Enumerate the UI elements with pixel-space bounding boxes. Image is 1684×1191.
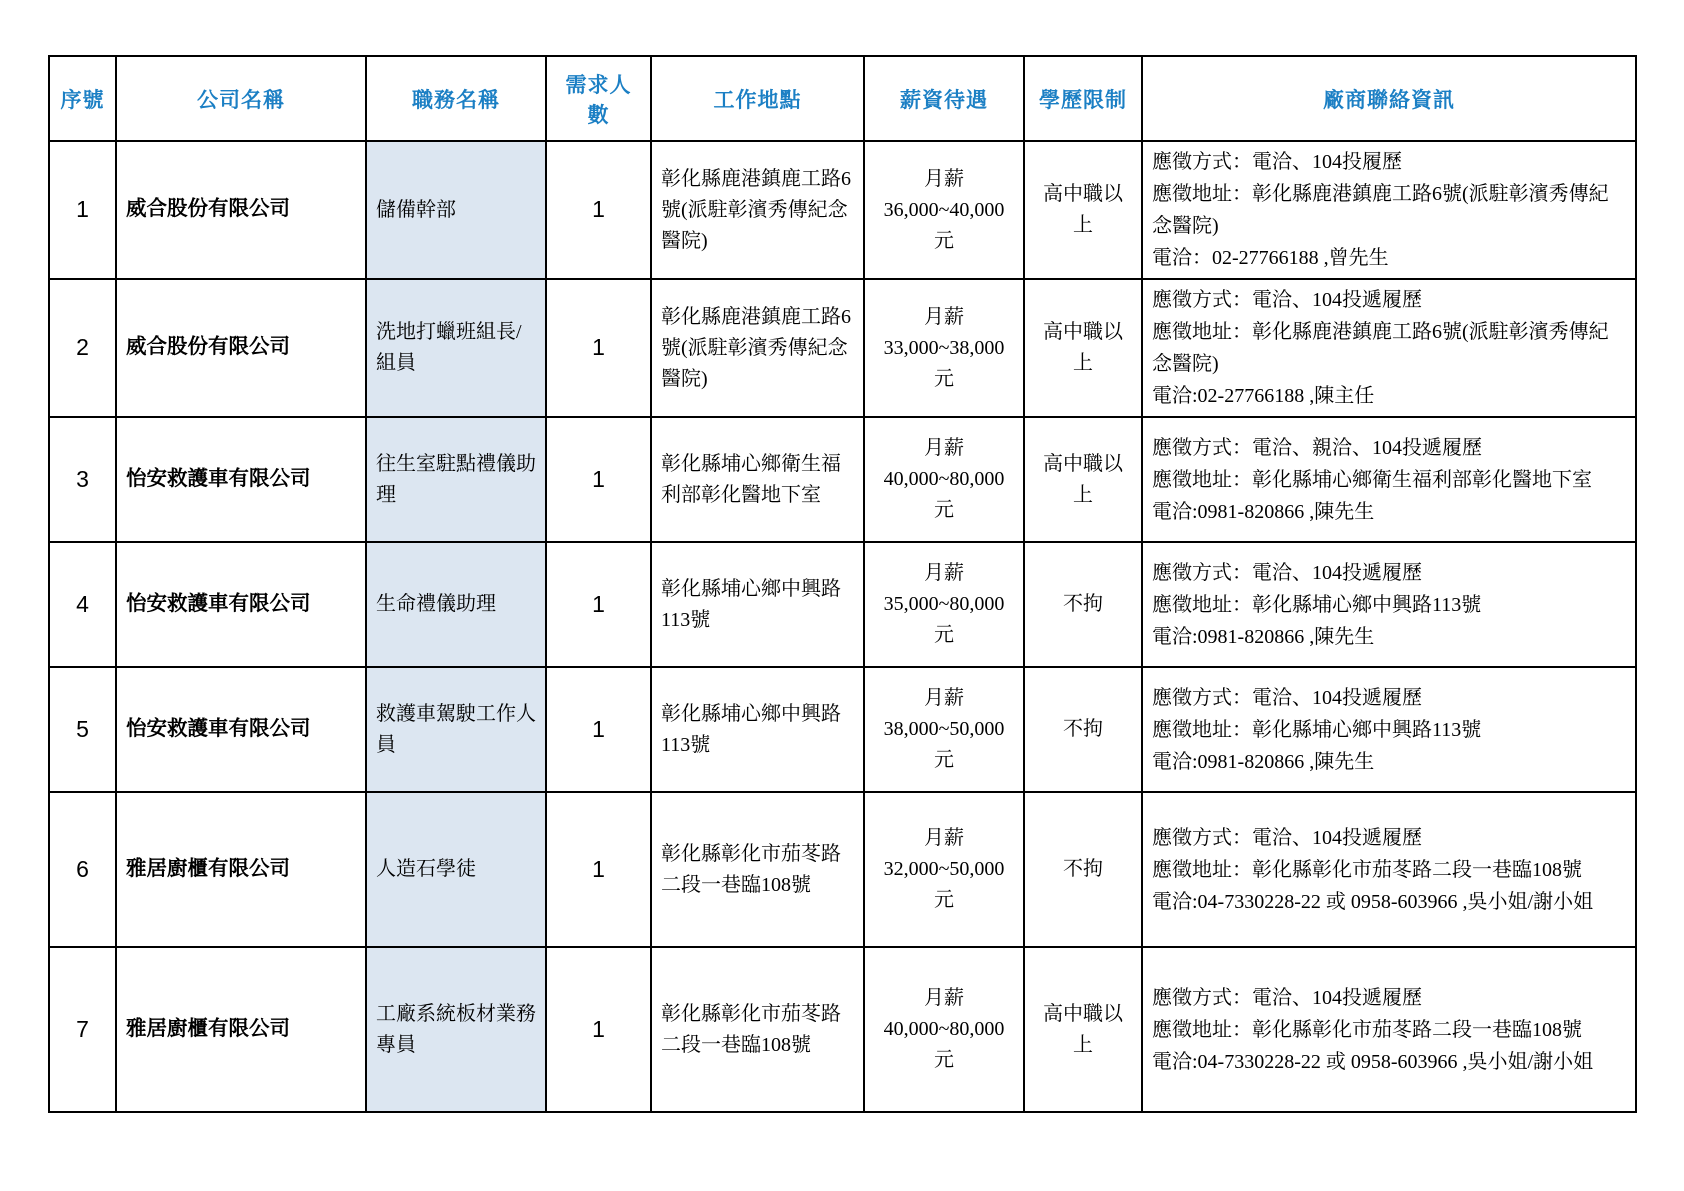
cell-headcount: 1 bbox=[546, 417, 651, 542]
header-contact: 廠商聯絡資訊 bbox=[1142, 56, 1636, 141]
cell-education: 不拘 bbox=[1024, 667, 1142, 792]
cell-company: 威合股份有限公司 bbox=[116, 279, 366, 417]
cell-no: 6 bbox=[49, 792, 116, 947]
cell-no: 5 bbox=[49, 667, 116, 792]
cell-education: 不拘 bbox=[1024, 792, 1142, 947]
cell-salary: 月薪 32,000~50,000 元 bbox=[864, 792, 1024, 947]
cell-headcount: 1 bbox=[546, 141, 651, 279]
cell-headcount: 1 bbox=[546, 947, 651, 1112]
cell-company: 雅居廚櫃有限公司 bbox=[116, 792, 366, 947]
cell-no: 7 bbox=[49, 947, 116, 1112]
document-page: 序號 公司名稱 職務名稱 需求人數 工作地點 薪資待遇 學歷限制 廠商聯絡資訊 … bbox=[48, 55, 1637, 1113]
cell-location: 彰化縣鹿港鎮鹿工路6號(派駐彰濱秀傳紀念醫院) bbox=[651, 141, 864, 279]
cell-education: 不拘 bbox=[1024, 542, 1142, 667]
cell-headcount: 1 bbox=[546, 279, 651, 417]
cell-education: 高中職以上 bbox=[1024, 141, 1142, 279]
cell-job-title: 儲備幹部 bbox=[366, 141, 546, 279]
cell-salary: 月薪 40,000~80,000 元 bbox=[864, 417, 1024, 542]
cell-company: 威合股份有限公司 bbox=[116, 141, 366, 279]
cell-location: 彰化縣埔心鄉中興路113號 bbox=[651, 667, 864, 792]
cell-contact: 應徵方式：電洽、104投履歷 應徵地址：彰化縣鹿港鎮鹿工路6號(派駐彰濱秀傳紀念… bbox=[1142, 141, 1636, 279]
cell-company: 怡安救護車有限公司 bbox=[116, 542, 366, 667]
table-row: 1 威合股份有限公司 儲備幹部 1 彰化縣鹿港鎮鹿工路6號(派駐彰濱秀傳紀念醫院… bbox=[49, 141, 1636, 279]
cell-contact: 應徵方式：電洽、104投遞履歷 應徵地址：彰化縣彰化市茄苳路二段一巷臨108號 … bbox=[1142, 947, 1636, 1112]
cell-salary: 月薪 35,000~80,000 元 bbox=[864, 542, 1024, 667]
cell-education: 高中職以上 bbox=[1024, 947, 1142, 1112]
cell-headcount: 1 bbox=[546, 792, 651, 947]
cell-location: 彰化縣鹿港鎮鹿工路6號(派駐彰濱秀傳紀念醫院) bbox=[651, 279, 864, 417]
header-education: 學歷限制 bbox=[1024, 56, 1142, 141]
cell-education: 高中職以上 bbox=[1024, 417, 1142, 542]
job-listings-table: 序號 公司名稱 職務名稱 需求人數 工作地點 薪資待遇 學歷限制 廠商聯絡資訊 … bbox=[48, 55, 1637, 1113]
cell-location: 彰化縣埔心鄉中興路113號 bbox=[651, 542, 864, 667]
cell-contact: 應徵方式：電洽、親洽、104投遞履歷 應徵地址：彰化縣埔心鄉衛生福利部彰化醫地下… bbox=[1142, 417, 1636, 542]
table-body: 1 威合股份有限公司 儲備幹部 1 彰化縣鹿港鎮鹿工路6號(派駐彰濱秀傳紀念醫院… bbox=[49, 141, 1636, 1112]
cell-contact: 應徵方式：電洽、104投遞履歷 應徵地址：彰化縣彰化市茄苳路二段一巷臨108號 … bbox=[1142, 792, 1636, 947]
header-headcount: 需求人數 bbox=[546, 56, 651, 141]
table-row: 7 雅居廚櫃有限公司 工廠系統板材業務專員 1 彰化縣彰化市茄苳路二段一巷臨10… bbox=[49, 947, 1636, 1112]
cell-salary: 月薪 33,000~38,000 元 bbox=[864, 279, 1024, 417]
cell-job-title: 救護車駕駛工作人員 bbox=[366, 667, 546, 792]
cell-headcount: 1 bbox=[546, 542, 651, 667]
cell-job-title: 工廠系統板材業務專員 bbox=[366, 947, 546, 1112]
cell-company: 怡安救護車有限公司 bbox=[116, 417, 366, 542]
cell-no: 1 bbox=[49, 141, 116, 279]
cell-location: 彰化縣彰化市茄苳路二段一巷臨108號 bbox=[651, 792, 864, 947]
cell-no: 2 bbox=[49, 279, 116, 417]
header-job-title: 職務名稱 bbox=[366, 56, 546, 141]
header-row: 序號 公司名稱 職務名稱 需求人數 工作地點 薪資待遇 學歷限制 廠商聯絡資訊 bbox=[49, 56, 1636, 141]
header-no: 序號 bbox=[49, 56, 116, 141]
header-salary: 薪資待遇 bbox=[864, 56, 1024, 141]
cell-job-title: 生命禮儀助理 bbox=[366, 542, 546, 667]
table-row: 4 怡安救護車有限公司 生命禮儀助理 1 彰化縣埔心鄉中興路113號 月薪 35… bbox=[49, 542, 1636, 667]
cell-company: 雅居廚櫃有限公司 bbox=[116, 947, 366, 1112]
cell-job-title: 人造石學徒 bbox=[366, 792, 546, 947]
table-row: 2 威合股份有限公司 洗地打蠟班組長/組員 1 彰化縣鹿港鎮鹿工路6號(派駐彰濱… bbox=[49, 279, 1636, 417]
cell-no: 4 bbox=[49, 542, 116, 667]
cell-contact: 應徵方式：電洽、104投遞履歷 應徵地址：彰化縣鹿港鎮鹿工路6號(派駐彰濱秀傳紀… bbox=[1142, 279, 1636, 417]
table-row: 5 怡安救護車有限公司 救護車駕駛工作人員 1 彰化縣埔心鄉中興路113號 月薪… bbox=[49, 667, 1636, 792]
cell-contact: 應徵方式：電洽、104投遞履歷 應徵地址：彰化縣埔心鄉中興路113號 電洽:09… bbox=[1142, 542, 1636, 667]
cell-contact: 應徵方式：電洽、104投遞履歷 應徵地址：彰化縣埔心鄉中興路113號 電洽:09… bbox=[1142, 667, 1636, 792]
cell-salary: 月薪 38,000~50,000 元 bbox=[864, 667, 1024, 792]
header-company: 公司名稱 bbox=[116, 56, 366, 141]
cell-salary: 月薪 40,000~80,000 元 bbox=[864, 947, 1024, 1112]
cell-company: 怡安救護車有限公司 bbox=[116, 667, 366, 792]
table-row: 3 怡安救護車有限公司 往生室駐點禮儀助理 1 彰化縣埔心鄉衛生福利部彰化醫地下… bbox=[49, 417, 1636, 542]
cell-education: 高中職以上 bbox=[1024, 279, 1142, 417]
cell-job-title: 洗地打蠟班組長/組員 bbox=[366, 279, 546, 417]
cell-location: 彰化縣彰化市茄苳路二段一巷臨108號 bbox=[651, 947, 864, 1112]
cell-location: 彰化縣埔心鄉衛生福利部彰化醫地下室 bbox=[651, 417, 864, 542]
header-location: 工作地點 bbox=[651, 56, 864, 141]
table-row: 6 雅居廚櫃有限公司 人造石學徒 1 彰化縣彰化市茄苳路二段一巷臨108號 月薪… bbox=[49, 792, 1636, 947]
table-header: 序號 公司名稱 職務名稱 需求人數 工作地點 薪資待遇 學歷限制 廠商聯絡資訊 bbox=[49, 56, 1636, 141]
cell-no: 3 bbox=[49, 417, 116, 542]
cell-job-title: 往生室駐點禮儀助理 bbox=[366, 417, 546, 542]
cell-headcount: 1 bbox=[546, 667, 651, 792]
cell-salary: 月薪 36,000~40,000 元 bbox=[864, 141, 1024, 279]
